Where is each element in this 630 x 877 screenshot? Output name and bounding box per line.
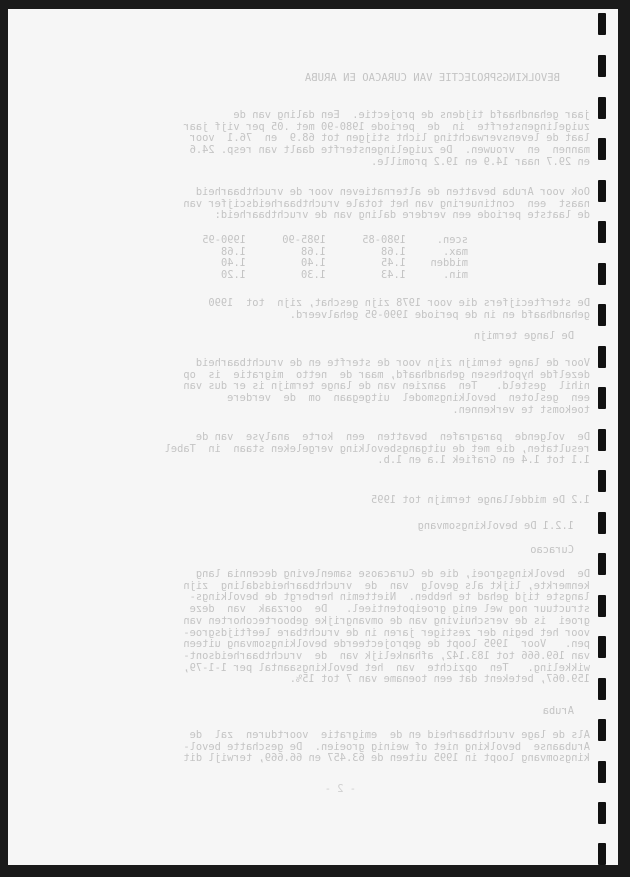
mirrored-bleed-through-text: BEVOLKINGSPROJECTIE VAN CURACAO EN ARUBA… [8, 9, 618, 865]
binding-hole [598, 13, 606, 35]
scanned-page: BEVOLKINGSPROJECTIE VAN CURACAO EN ARUBA… [8, 9, 618, 865]
paragraph-5: De volgende paragrafen bevatten een kort… [110, 432, 590, 467]
binding-hole [598, 97, 606, 119]
binding-hole [598, 761, 606, 783]
binding-hole [598, 843, 606, 865]
binding-hole [598, 387, 606, 409]
binding-hole [598, 512, 606, 534]
table-row: min. 1.43 1.30 1.20 [166, 270, 468, 282]
paragraph-4: Voor de lange termijn zijn voor de sterf… [110, 358, 590, 417]
subsection-heading: 1.2.1 De bevolkingsomvang [418, 521, 574, 533]
binding-hole [598, 470, 606, 492]
running-header: BEVOLKINGSPROJECTIE VAN CURACAO EN ARUBA [305, 73, 560, 85]
binding-hole [598, 678, 606, 700]
binding-hole [598, 263, 606, 285]
binding-hole [598, 802, 606, 824]
binding-hole [598, 429, 606, 451]
binding-hole [598, 636, 606, 658]
binding-hole [598, 719, 606, 741]
heading-aruba: Aruba [543, 706, 574, 718]
binding-hole [598, 180, 606, 202]
binding-hole [598, 138, 606, 160]
binding-hole [598, 346, 606, 368]
heading-lange-termijn: De lange termijn [474, 331, 574, 343]
section-heading: 1.2 De middellange termijn tot 1995 [371, 495, 590, 507]
binding-hole [598, 553, 606, 575]
paragraph-7: Als de lage vruchtbaarheid en de emigrat… [110, 730, 590, 765]
paragraph-2: Ook voor Aruba bevatten de alternatieven… [110, 187, 590, 222]
paragraph-6: De bevolkingsgroei, die de Curacaose sam… [110, 569, 590, 686]
paragraph-1: jaar gehandhaafd tijdens de projectie. E… [110, 110, 590, 169]
table-header-row: scen. 1980-85 1985-90 1990-95 [166, 235, 468, 247]
binding-holes [598, 9, 608, 865]
paragraph-3: De sterftecijfers die voor 1978 zijn ges… [110, 298, 590, 321]
binding-hole [598, 55, 606, 77]
binding-hole [598, 221, 606, 243]
binding-hole [598, 595, 606, 617]
binding-hole [598, 304, 606, 326]
page-number: - 2 - [325, 784, 356, 796]
fertility-table: scen. 1980-85 1985-90 1990-95 max. 1.68 … [166, 235, 468, 282]
heading-curacao: Curacao [530, 545, 574, 557]
